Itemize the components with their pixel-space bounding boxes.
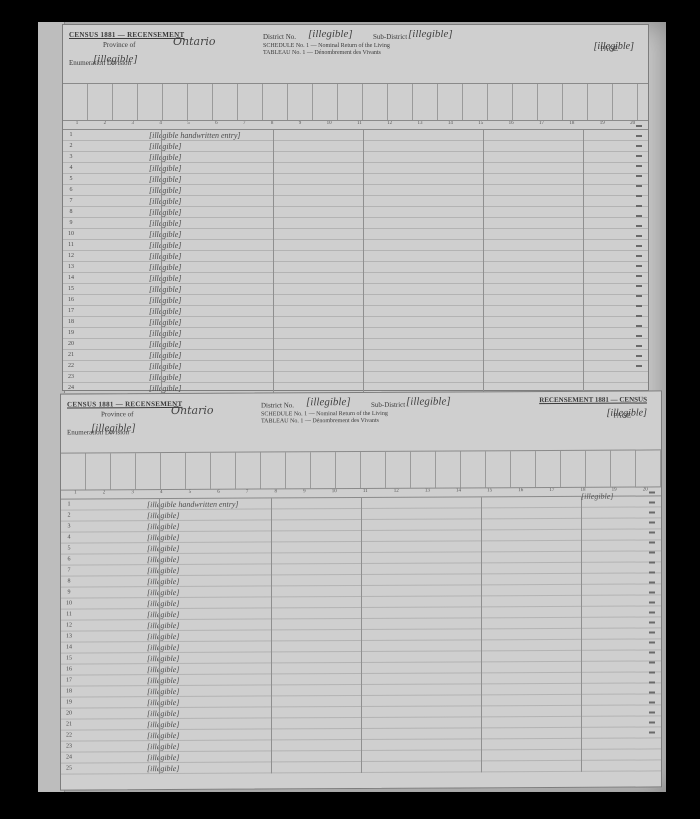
census-page-bottom: CENSUS 1881 — RECENSEMENT RECENSEMENT 18… bbox=[60, 390, 662, 790]
page-header: CENSUS 1881 — RECENSEMENT Province of On… bbox=[63, 25, 648, 84]
district-label: District No. bbox=[261, 401, 294, 409]
column-number: 19 bbox=[600, 121, 605, 129]
subdistrict-value: [illegible] bbox=[408, 28, 453, 40]
column-number: 18 bbox=[569, 121, 574, 129]
column-number: 16 bbox=[518, 488, 523, 496]
row-number: 21 bbox=[61, 721, 77, 727]
column-number: 8 bbox=[271, 121, 274, 129]
table-row: 11[illegible] bbox=[63, 240, 648, 251]
page-number: [illegible] bbox=[593, 41, 634, 52]
column-number: 15 bbox=[478, 121, 483, 129]
row-entry: [illegible] bbox=[79, 285, 648, 294]
row-number: 6 bbox=[63, 187, 79, 193]
column-number: 14 bbox=[448, 121, 453, 129]
column-number: 10 bbox=[327, 121, 332, 129]
row-entry: [illegible] bbox=[79, 241, 648, 250]
row-number: 1 bbox=[63, 132, 79, 138]
enumeration-value: [illegible] bbox=[91, 422, 136, 434]
column-headers bbox=[63, 84, 648, 121]
table-row: 25[illegible] bbox=[61, 760, 661, 774]
column-number: 5 bbox=[187, 121, 190, 129]
row-number: 22 bbox=[63, 363, 79, 369]
column-number: 20 bbox=[630, 121, 635, 129]
row-number: 14 bbox=[63, 275, 79, 281]
census-heading: CENSUS 1881 — RECENSEMENT bbox=[69, 31, 184, 39]
province-value: Ontario bbox=[173, 35, 215, 48]
row-entry: [illegible] bbox=[79, 208, 648, 217]
column-number: 9 bbox=[303, 489, 306, 497]
row-number: 7 bbox=[63, 198, 79, 204]
row-entry: [illegible] bbox=[79, 175, 648, 184]
row-number: 9 bbox=[63, 220, 79, 226]
row-number-column bbox=[649, 491, 655, 741]
page-number: [illegible] bbox=[606, 408, 647, 419]
column-number: 11 bbox=[357, 121, 362, 129]
row-number: 7 bbox=[61, 567, 77, 573]
row-number: 8 bbox=[61, 578, 77, 584]
row-number: 5 bbox=[61, 545, 77, 551]
census-heading-right: RECENSEMENT 1881 — CENSUS bbox=[539, 396, 647, 405]
column-number: 7 bbox=[243, 121, 246, 129]
table-row: 21[illegible] bbox=[63, 350, 648, 361]
row-number: 17 bbox=[63, 308, 79, 314]
column-number: 4 bbox=[159, 121, 162, 129]
row-entry: [illegible] bbox=[79, 197, 648, 206]
row-number: 25 bbox=[61, 765, 77, 771]
row-number: 3 bbox=[61, 523, 77, 529]
row-number: 23 bbox=[63, 374, 79, 380]
row-number: 18 bbox=[63, 319, 79, 325]
row-entry: [illegible] bbox=[79, 373, 648, 382]
row-entry: [illegible] bbox=[77, 761, 661, 773]
subdistrict-value: [illegible] bbox=[406, 396, 451, 408]
row-number: 10 bbox=[61, 600, 77, 606]
row-entry: [illegible] bbox=[79, 186, 648, 195]
table-row: 15[illegible] bbox=[63, 284, 648, 295]
row-entry: [illegible] bbox=[79, 318, 648, 327]
subdistrict-label: Sub-District bbox=[371, 401, 405, 409]
column-number: 1 bbox=[74, 490, 77, 498]
row-number: 21 bbox=[63, 352, 79, 358]
row-number: 8 bbox=[63, 209, 79, 215]
district-label: District No. bbox=[263, 33, 296, 41]
table-row: 16[illegible] bbox=[63, 295, 648, 306]
column-number: 2 bbox=[104, 121, 107, 129]
row-number: 20 bbox=[61, 710, 77, 716]
column-number: 3 bbox=[131, 490, 134, 498]
margin-note: [illegible] bbox=[581, 492, 613, 501]
census-page-top: CENSUS 1881 — RECENSEMENT Province of On… bbox=[62, 24, 649, 391]
column-number: 11 bbox=[363, 489, 368, 497]
table-row: 3[illegible] bbox=[63, 152, 648, 163]
row-number: 12 bbox=[61, 622, 77, 628]
census-heading: CENSUS 1881 — RECENSEMENT bbox=[67, 400, 182, 409]
province-label: Province of bbox=[103, 41, 135, 49]
province-label: Province of bbox=[101, 410, 133, 418]
column-number: 9 bbox=[299, 121, 302, 129]
column-number: 3 bbox=[131, 121, 134, 129]
row-number: 16 bbox=[63, 297, 79, 303]
column-number: 12 bbox=[387, 121, 392, 129]
row-number: 24 bbox=[63, 385, 79, 391]
row-entry: [illegible] bbox=[79, 230, 648, 239]
column-number: 1 bbox=[76, 121, 79, 129]
column-number: 4 bbox=[160, 490, 163, 498]
table-row: 19[illegible] bbox=[63, 328, 648, 339]
row-number: 1 bbox=[61, 501, 77, 507]
row-number: 4 bbox=[63, 165, 79, 171]
row-entry: [illegible] bbox=[79, 296, 648, 305]
column-number: 8 bbox=[274, 489, 277, 497]
table-row: 1[illegible handwritten entry] bbox=[63, 130, 648, 141]
row-number-column bbox=[636, 125, 642, 375]
row-number: 13 bbox=[61, 633, 77, 639]
column-number: 16 bbox=[509, 121, 514, 129]
table-row: 18[illegible] bbox=[63, 317, 648, 328]
column-number: 12 bbox=[394, 489, 399, 497]
schedule-title-en: SCHEDULE No. 1 — Nominal Return of the L… bbox=[263, 43, 390, 49]
row-number: 10 bbox=[63, 231, 79, 237]
column-number: 7 bbox=[246, 490, 249, 498]
enumeration-value: [illegible] bbox=[93, 53, 138, 65]
column-number: 15 bbox=[487, 488, 492, 496]
column-numbers: 1234567891011121314151617181920 bbox=[63, 121, 648, 130]
row-number: 13 bbox=[63, 264, 79, 270]
row-number: 11 bbox=[63, 242, 79, 248]
row-number: 11 bbox=[61, 611, 77, 617]
table-row: 22[illegible] bbox=[63, 361, 648, 372]
column-number: 13 bbox=[425, 489, 430, 497]
column-number: 5 bbox=[189, 490, 192, 498]
row-number: 4 bbox=[61, 534, 77, 540]
row-number: 12 bbox=[63, 253, 79, 259]
row-number: 2 bbox=[61, 512, 77, 518]
page-header: CENSUS 1881 — RECENSEMENT RECENSEMENT 18… bbox=[61, 391, 661, 453]
subdistrict-label: Sub-District bbox=[373, 33, 407, 41]
row-entry: [illegible] bbox=[79, 142, 648, 151]
table-row: 4[illegible] bbox=[63, 163, 648, 174]
row-entry: [illegible] bbox=[79, 164, 648, 173]
row-entry: [illegible] bbox=[79, 362, 648, 371]
table-row: 14[illegible] bbox=[63, 273, 648, 284]
row-number: 2 bbox=[63, 143, 79, 149]
row-entry: [illegible] bbox=[79, 340, 648, 349]
row-number: 20 bbox=[63, 341, 79, 347]
row-number: 3 bbox=[63, 154, 79, 160]
table-row: 23[illegible] bbox=[63, 372, 648, 383]
district-value: [illegible] bbox=[306, 396, 351, 408]
row-entry: [illegible] bbox=[79, 219, 648, 228]
table-row: 13[illegible] bbox=[63, 262, 648, 273]
column-number: 17 bbox=[549, 488, 554, 496]
row-number: 19 bbox=[63, 330, 79, 336]
table-row: 9[illegible] bbox=[63, 218, 648, 229]
row-number: 15 bbox=[63, 286, 79, 292]
row-number: 5 bbox=[63, 176, 79, 182]
row-entry: [illegible] bbox=[79, 153, 648, 162]
record-rows: 1[illegible handwritten entry]2[illegibl… bbox=[61, 496, 661, 774]
schedule-title-fr: TABLEAU No. 1 — Dénombrement des Vivants bbox=[263, 50, 381, 56]
table-row: 5[illegible] bbox=[63, 174, 648, 185]
column-number: 13 bbox=[418, 121, 423, 129]
column-headers bbox=[61, 450, 661, 490]
table-row: 6[illegible] bbox=[63, 185, 648, 196]
row-number: 17 bbox=[61, 677, 77, 683]
column-number: 6 bbox=[215, 121, 218, 129]
row-number: 22 bbox=[61, 732, 77, 738]
table-row: 17[illegible] bbox=[63, 306, 648, 317]
row-number: 6 bbox=[61, 556, 77, 562]
row-number: 9 bbox=[61, 589, 77, 595]
column-number: 10 bbox=[332, 489, 337, 497]
schedule-title-en: SCHEDULE No. 1 — Nominal Return of the L… bbox=[261, 411, 388, 418]
row-entry: [illegible] bbox=[79, 274, 648, 283]
row-entry: [illegible] bbox=[79, 351, 648, 360]
table-row: 7[illegible] bbox=[63, 196, 648, 207]
column-number: 17 bbox=[539, 121, 544, 129]
row-number: 16 bbox=[61, 666, 77, 672]
record-rows: 1[illegible handwritten entry]2[illegibl… bbox=[63, 130, 648, 405]
row-entry: [illegible handwritten entry] bbox=[79, 131, 648, 140]
table-row: 2[illegible] bbox=[63, 141, 648, 152]
row-number: 18 bbox=[61, 688, 77, 694]
row-number: 14 bbox=[61, 644, 77, 650]
column-number: 14 bbox=[456, 488, 461, 496]
table-row: 8[illegible] bbox=[63, 207, 648, 218]
district-value: [illegible] bbox=[308, 28, 353, 40]
column-number: 20 bbox=[643, 487, 648, 495]
row-entry: [illegible] bbox=[79, 252, 648, 261]
province-value: Ontario bbox=[171, 404, 213, 417]
row-number: 24 bbox=[61, 754, 77, 760]
column-number: 6 bbox=[217, 490, 220, 498]
table-row: 10[illegible] bbox=[63, 229, 648, 240]
table-row: 12[illegible] bbox=[63, 251, 648, 262]
schedule-title-fr: TABLEAU No. 1 — Dénombrement des Vivants bbox=[261, 418, 379, 425]
row-number: 23 bbox=[61, 743, 77, 749]
row-entry: [illegible] bbox=[79, 329, 648, 338]
table-row: 20[illegible] bbox=[63, 339, 648, 350]
row-entry: [illegible] bbox=[79, 307, 648, 316]
row-number: 15 bbox=[61, 655, 77, 661]
row-number: 19 bbox=[61, 699, 77, 705]
column-number: 2 bbox=[103, 490, 106, 498]
row-entry: [illegible] bbox=[79, 263, 648, 272]
